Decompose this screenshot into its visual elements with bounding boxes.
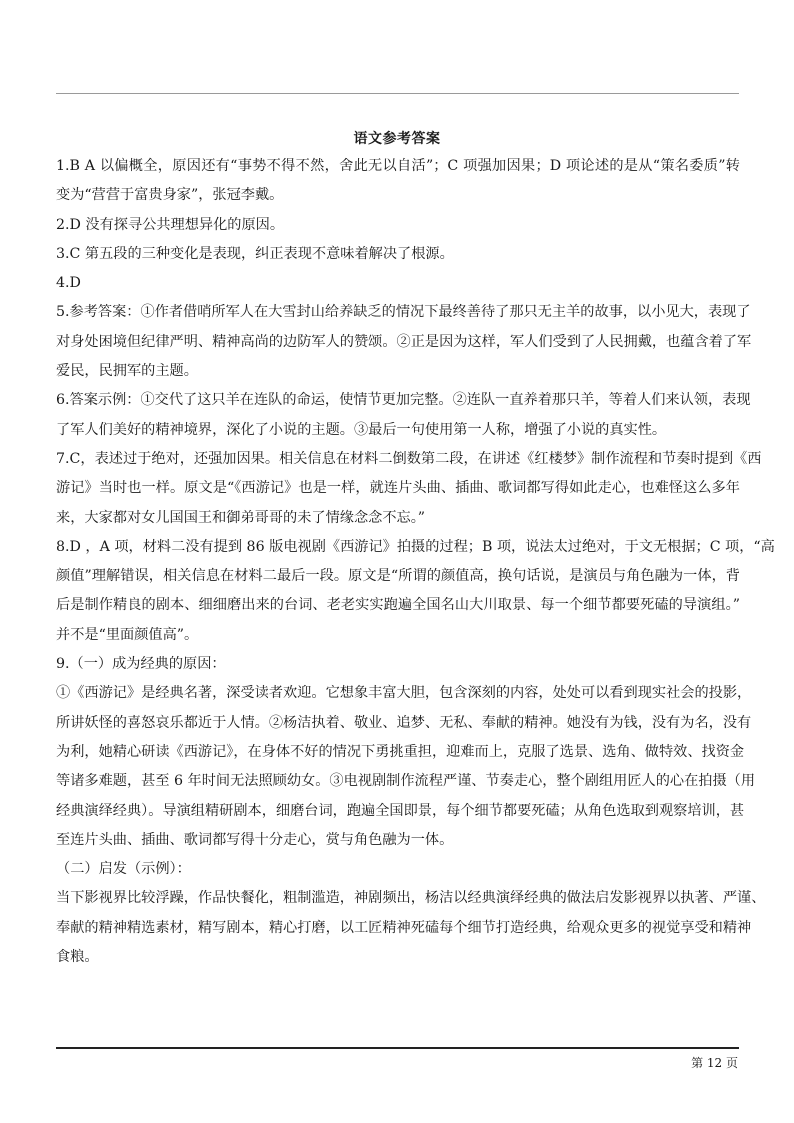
page-number: 第 12 页 [691, 1054, 738, 1071]
text-line: 变为“营营于富贵身家”，张冠李戴。 [56, 181, 740, 210]
text-line: 3.C 第五段的三种变化是表现，纠正表现不意味着解决了根源。 [56, 240, 740, 269]
text-line: 至连片头曲、插曲、歌词都写得十分走心，赏与角色融为一体。 [56, 826, 740, 855]
text-line: 5.参考答案：①作者借哨所军人在大雪封山给养缺乏的情况下最终善待了那只无主羊的故… [56, 298, 740, 327]
answer-body: 1.B A 以偏概全，原因还有“事势不得不然，舍此无以自活”；C 项强加因果；D… [56, 152, 740, 972]
text-line: 食粮。 [56, 943, 740, 972]
text-line: 游记》当时也一样。原文是“《西游记》也是一样，就连片头曲、插曲、歌词都写得如此走… [56, 474, 740, 503]
text-line: ①《西游记》是经典名著，深受读者欢迎。它想象丰富大胆，包含深刻的内容，处处可以看… [56, 679, 740, 708]
text-line: 奉献的精神精选素材，精写剧本，精心打磨，以工匠精神死磕每个细节打造经典，给观众更… [56, 914, 740, 943]
text-line: 4.D [56, 269, 740, 298]
text-line: 对身处困境但纪律严明、精神高尚的边防军人的赞颂。②正是因为这样，军人们受到了人民… [56, 328, 740, 357]
text-line: 6.答案示例：①交代了这只羊在连队的命运，使情节更加完整。②连队一直养着那只羊，… [56, 386, 740, 415]
text-line: 等诸多难题，甚至 6 年时间无法照顾幼女。③电视剧制作流程严谨、节奏走心，整个剧… [56, 767, 740, 796]
text-line: 来，大家都对女儿国国王和御弟哥哥的未了情缘念念不忘。” [56, 504, 740, 533]
text-line: 爱民，民拥军的主题。 [56, 357, 740, 386]
text-line: 颜值”理解错误，相关信息在材料二最后一段。原文是“所谓的颜值高，换句话说，是演员… [56, 562, 740, 591]
text-line: （二）启发（示例）： [56, 855, 740, 884]
text-line: 了军人们美好的精神境界，深化了小说的主题。③最后一句使用第一人称，增强了小说的真… [56, 416, 740, 445]
text-line: 所讲妖怪的喜怒哀乐都近于人情。②杨洁执着、敬业、追梦、无私、奉献的精神。她没有为… [56, 709, 740, 738]
footer-rule [56, 1047, 739, 1049]
text-line: 9.（一）成为经典的原因： [56, 650, 740, 679]
header-rule [56, 93, 739, 94]
text-line: 为利，她精心研读《西游记》，在身体不好的情况下勇挑重担，迎难而上，克服了选景、选… [56, 738, 740, 767]
text-line: 7.C，表述过于绝对，还强加因果。相关信息在材料二倒数第二段，在讲述《红楼梦》制… [56, 445, 740, 474]
text-line: 后是制作精良的剧本、细细磨出来的台词、老老实实跑遍全国名山大川取景、每一个细节都… [56, 591, 740, 620]
text-line: 并不是“里面颜值高”。 [56, 621, 740, 650]
text-line: 当下影视界比较浮躁，作品快餐化，粗制滥造，神剧频出，杨洁以经典演绎经典的做法启发… [56, 884, 740, 913]
text-line: 1.B A 以偏概全，原因还有“事势不得不然，舍此无以自活”；C 项强加因果；D… [56, 152, 740, 181]
page-title: 语文参考答案 [0, 128, 794, 148]
text-line: 8.D ，A 项，材料二没有提到 86 版电视剧《西游记》拍摄的过程；B 项，说… [56, 533, 740, 562]
text-line: 经典演绎经典）。导演组精研剧本，细磨台词，跑遍全国即景，每个细节都要死磕；从角色… [56, 797, 740, 826]
text-line: 2.D 没有探寻公共理想异化的原因。 [56, 211, 740, 240]
